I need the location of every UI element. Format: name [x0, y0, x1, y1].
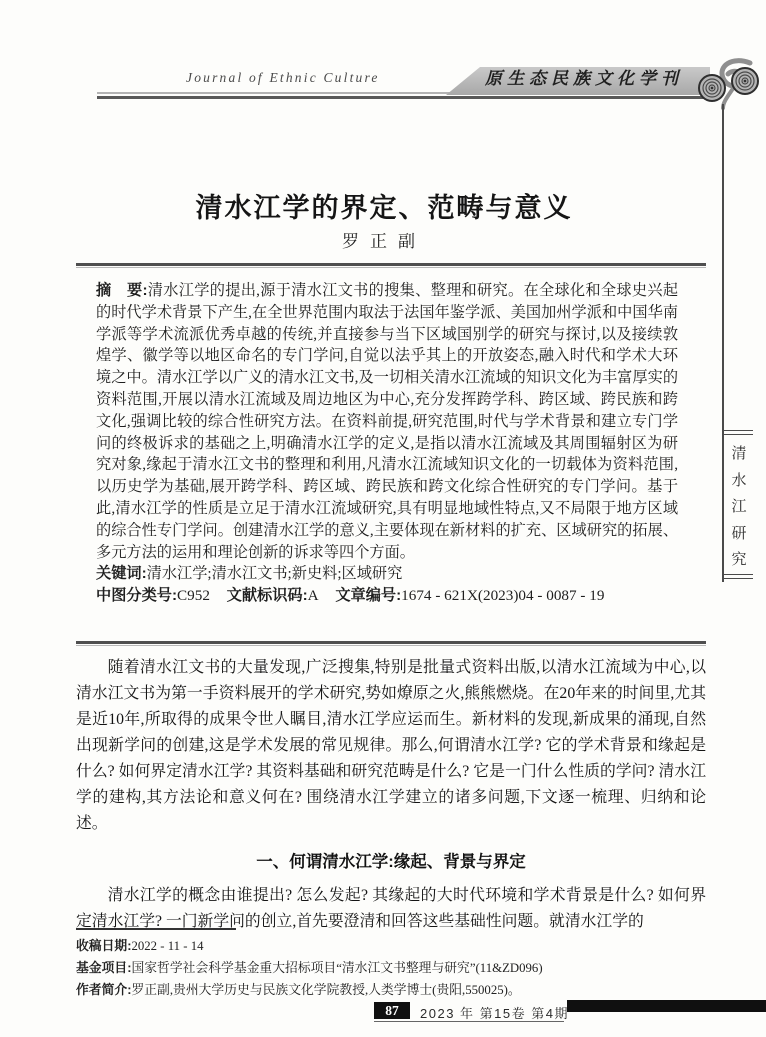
footnote-separator-rule	[76, 928, 236, 930]
abstract-label: 摘 要:	[96, 282, 148, 299]
article-author: 罗正副	[60, 227, 708, 252]
clc-pair: 中图分类号:C952	[96, 587, 210, 604]
sidebar-char: 究	[724, 547, 754, 574]
journal-page: Journal of Ethnic Culture 原生态民族文化学刊 清 水 …	[0, 0, 766, 1037]
abstract-paragraph: 摘 要:清水江学的提出,源于清水江文书的搜集、整理和研究。在全球化和全球史兴起的…	[96, 280, 678, 563]
sidebar-char: 水	[724, 468, 754, 495]
abstract-block: 摘 要:清水江学的提出,源于清水江文书的搜集、整理和研究。在全球化和全球史兴起的…	[96, 280, 678, 607]
article-id-label: 文章编号:	[335, 587, 401, 604]
sidebar-char: 研	[724, 521, 754, 548]
sidebar-double-rule-top	[722, 430, 753, 435]
doc-code-pair: 文献标识码:A	[227, 587, 319, 604]
section-heading: 一、何谓清水江学:缘起、背景与界定	[76, 849, 706, 875]
footnote-label: 基金项目:	[76, 960, 131, 975]
sidebar-char: 江	[724, 494, 754, 521]
classification-line: 中图分类号:C952文献标识码:A文章编号:1674 - 621X(2023)0…	[96, 585, 678, 607]
keywords-text: 清水江学;清水江文书;新史料;区域研究	[147, 565, 403, 582]
author-rule-light	[76, 267, 706, 269]
footnote-received-date: 收稿日期:2022 - 11 - 14	[76, 935, 706, 957]
article-body: 随着清水江文书的大量发现,广泛搜集,特别是批量式资料出版,以清水江流域为中心,以…	[76, 655, 706, 935]
article-id-value: 1674 - 621X(2023)04 - 0087 - 19	[401, 587, 604, 604]
footnote-text: 2022 - 11 - 14	[131, 939, 203, 953]
journal-title-chinese: 原生态民族文化学刊	[460, 64, 708, 89]
article-id-pair: 文章编号:1674 - 621X(2023)04 - 0087 - 19	[335, 587, 604, 604]
clc-value: C952	[177, 587, 210, 604]
keywords-line: 关键词:清水江学;清水江文书;新史料;区域研究	[96, 563, 678, 585]
footnote-text: 罗正副,贵州大学历史与民族文化学院教授,人类学博士(贵阳,550025)。	[131, 983, 520, 997]
article-title: 清水江学的界定、范畴与意义	[60, 186, 708, 225]
footer-underline	[374, 1021, 564, 1022]
issue-info: 2023 年 第15卷 第4期	[420, 1003, 569, 1022]
abstract-text: 清水江学的提出,源于清水江文书的搜集、整理和研究。在全球化和全球史兴起的时代学术…	[96, 282, 678, 561]
footer-black-bar	[567, 1000, 766, 1012]
footnote-text: 国家哲学社会科学基金重大招标项目“清水江文书整理与研究”(11&ZD096)	[131, 961, 542, 975]
footnote-fund-project: 基金项目:国家哲学社会科学基金重大招标项目“清水江文书整理与研究”(11&ZD0…	[76, 957, 706, 979]
sidebar-double-rule-bottom	[722, 574, 753, 579]
body-paragraph: 随着清水江文书的大量发现,广泛搜集,特别是批量式资料出版,以清水江流域为中心,以…	[76, 655, 706, 837]
footnote-label: 收稿日期:	[76, 938, 131, 953]
footnote-author-bio: 作者简介:罗正副,贵州大学历史与民族文化学院教授,人类学博士(贵阳,550025…	[76, 979, 706, 1001]
doc-code-value: A	[308, 587, 319, 604]
header-rule-dark	[97, 96, 709, 99]
page-number-badge: 87	[374, 1002, 410, 1019]
abstract-rule-light	[76, 645, 706, 647]
footnotes-block: 收稿日期:2022 - 11 - 14 基金项目:国家哲学社会科学基金重大招标项…	[76, 928, 706, 1002]
keywords-label: 关键词:	[96, 565, 147, 582]
spiral-ornament-icon	[690, 58, 766, 114]
clc-label: 中图分类号:	[96, 587, 177, 604]
sidebar-char: 清	[724, 441, 754, 468]
footnote-label: 作者简介:	[76, 982, 131, 997]
author-rule-dark	[76, 263, 706, 266]
abstract-rule-dark	[76, 641, 706, 644]
journal-title-english: Journal of Ethnic Culture	[186, 70, 380, 86]
sidebar-column-label: 清 水 江 研 究	[724, 441, 754, 574]
doc-code-label: 文献标识码:	[227, 587, 308, 604]
